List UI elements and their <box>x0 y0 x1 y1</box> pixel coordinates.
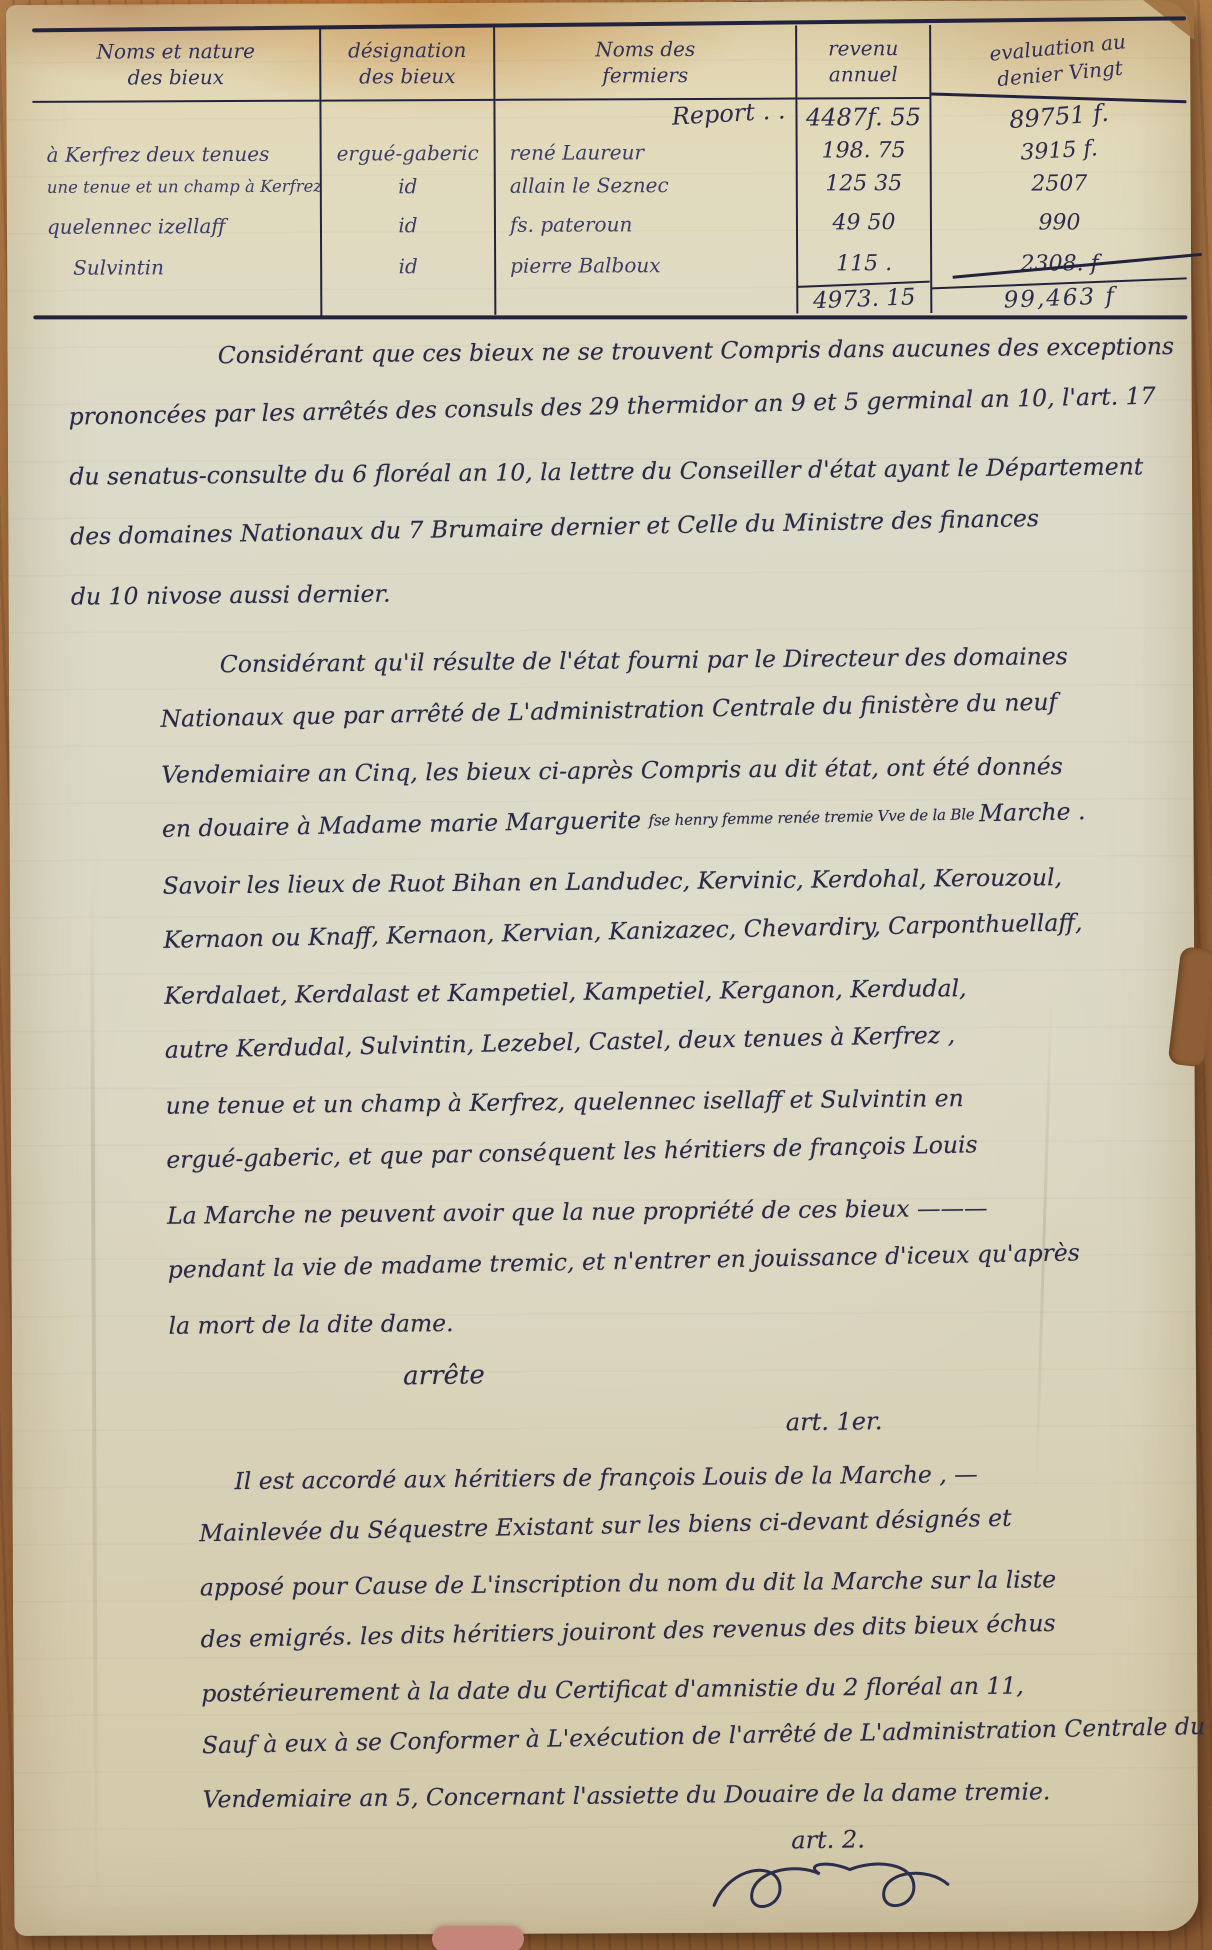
header-fermiers: Noms des fermiers <box>495 25 795 100</box>
revenu-total: 4973. 15 <box>798 280 931 315</box>
table-columns: Noms et nature des bieux à Kerfrez deux … <box>32 23 1187 317</box>
table-cell: fs. pateroun <box>496 201 796 246</box>
paragraph-considerant-1: Considérant que ces bieux ne se trouvent… <box>59 312 1168 626</box>
column-designation: désignation des bieux ergué-gaberic id i… <box>321 26 496 315</box>
table-cell <box>32 101 319 138</box>
assessment-table: Noms et nature des bieux à Kerfrez deux … <box>32 20 1187 322</box>
header-line: des bieux <box>359 63 456 89</box>
douaire-pre: en douaire à Madame marie Marguerite <box>162 806 649 843</box>
manuscript-line: Vendemiaire an 5, Concernant l'assiette … <box>78 1764 1183 1828</box>
flourish <box>700 1858 961 1919</box>
table-cell <box>321 100 493 137</box>
douaire-post: Marche . <box>979 797 1086 827</box>
header-line: Noms des <box>595 35 695 61</box>
header-line: désignation <box>348 36 466 63</box>
table-cell: id <box>322 246 494 285</box>
column-revenu: revenu annuel 4487f. 55 198. 75 125 35 4… <box>797 24 932 313</box>
header-line: Noms et nature <box>96 37 255 64</box>
column-nature: Noms et nature des bieux à Kerfrez deux … <box>32 27 322 317</box>
table-cell: Sulvintin <box>33 247 320 286</box>
header-line: annuel <box>829 61 898 87</box>
interline-note: fse henry femme renée tremie Vve de la B… <box>648 805 979 829</box>
column-fermiers: Noms des fermiers Report . . rené Laureu… <box>495 25 798 315</box>
table-cell: id <box>322 168 494 203</box>
header-line: fermiers <box>602 62 688 88</box>
manuscript-body: Considérant que ces bieux ne se trouvent… <box>59 312 1185 1927</box>
column-evaluation: evaluation au denier Vingt 89751 f. 3915… <box>931 23 1187 313</box>
table-cell: 115 . <box>798 244 930 283</box>
table-cell: 2308. f <box>932 244 1187 283</box>
table-cell: 198. 75 <box>798 134 930 167</box>
evaluation-total: 99,463 f <box>932 277 1188 317</box>
paper-sheet: Noms et nature des bieux à Kerfrez deux … <box>6 0 1198 1936</box>
table-cell: 49 50 <box>798 200 930 245</box>
header-line: revenu <box>828 35 898 61</box>
manuscript-line: la mort de la dite dame. <box>72 1289 1177 1355</box>
paragraph-considerant-2: Considérant qu'il résulte de l'état four… <box>63 624 1177 1354</box>
table-cell: 125 35 <box>798 166 930 201</box>
archival-photo: Noms et nature des bieux à Kerfrez deux … <box>0 0 1212 1950</box>
manuscript-line: du 10 nivose aussi dernier. <box>63 556 1169 627</box>
table-cell: quelennec izellaff <box>33 203 320 248</box>
header-designation: désignation des bieux <box>321 26 493 101</box>
header-line: des bieux <box>128 64 225 90</box>
table-cell: ergué-gaberic <box>322 136 494 169</box>
photo-artifact <box>432 1926 524 1950</box>
table-cell: allain le Seznec <box>496 167 796 202</box>
table-cell: id <box>322 202 494 247</box>
table-cell: une tenue et un champ à Kerfrez <box>33 169 320 204</box>
table-cell: à Kerfrez deux tenues <box>33 137 320 170</box>
header-noms-nature: Noms et nature des bieux <box>32 27 319 102</box>
torn-edge-notch <box>1168 946 1212 1067</box>
table-cell: pierre Balboux <box>496 245 796 284</box>
table-cell: 990 <box>932 200 1187 245</box>
header-revenu: revenu annuel <box>797 24 929 99</box>
paragraph-article-1: Il est accordé aux héritiers de françois… <box>74 1442 1184 1827</box>
report-amount: 4487f. 55 <box>797 98 929 135</box>
